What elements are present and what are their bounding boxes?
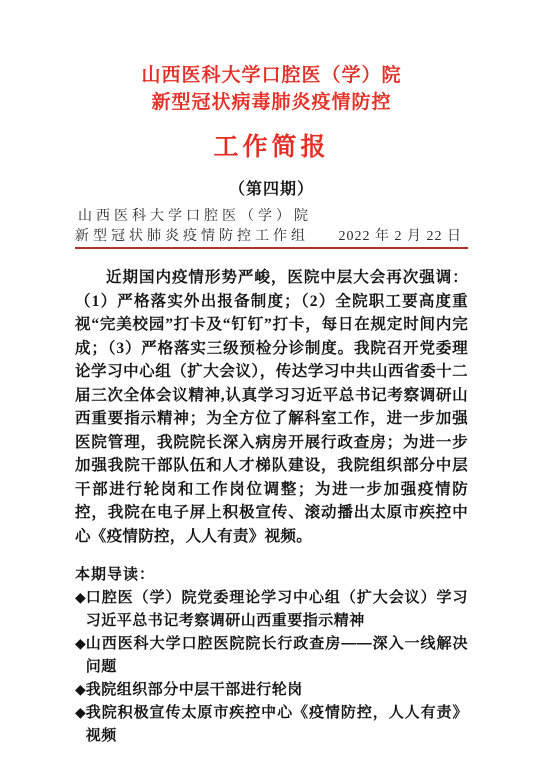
issue-date: 2022 年 2 月 22 日 <box>339 227 469 247</box>
digest-section: 本期导读： ◆ 口腔医（学）院党委理论学习中心组（扩大会议）学习习近平总书记考察… <box>75 563 468 747</box>
doc-title: 工作简报 <box>75 133 468 161</box>
document-body: 近期国内疫情形势严峻，医院中层大会再次强调：（1）严格落实外出报备制度；（2）全… <box>75 266 468 747</box>
digest-heading: 本期导读： <box>75 563 468 586</box>
digest-item-text: 口腔医（学）院党委理论学习中心组（扩大会议）学习习近平总书记考察调研山西重要指示… <box>86 586 468 632</box>
issuer-block: 山西医科大学口腔医（学）院 新型冠状肺炎疫情防控工作组 2022 年 2 月 2… <box>75 207 468 249</box>
document-header: 山西医科大学口腔医（学）院 新型冠状病毒肺炎疫情防控 工作简报 （第四期） 山西… <box>75 62 468 249</box>
diamond-bullet-icon: ◆ <box>75 632 86 655</box>
issuer-name-line2: 新型冠状肺炎疫情防控工作组 <box>75 227 309 247</box>
org-title-line1: 山西医科大学口腔医（学）院 <box>75 62 468 89</box>
digest-item-text: 山西医科大学口腔医院院长行政查房——深入一线解决问题 <box>86 632 468 678</box>
diamond-bullet-icon: ◆ <box>75 586 86 609</box>
org-title: 山西医科大学口腔医（学）院 新型冠状病毒肺炎疫情防控 <box>75 62 468 116</box>
digest-item-text: 我院组织部分中层干部进行轮岗 <box>86 678 468 701</box>
document-page: 山西医科大学口腔医（学）院 新型冠状病毒肺炎疫情防控 工作简报 （第四期） 山西… <box>0 0 543 768</box>
summary-paragraph: 近期国内疫情形势严峻，医院中层大会再次强调：（1）严格落实外出报备制度；（2）全… <box>75 266 468 548</box>
issue-number: （第四期） <box>75 181 468 199</box>
digest-item-3: ◆ 我院组织部分中层干部进行轮岗 <box>75 678 468 701</box>
issuer-date-row: 新型冠状肺炎疫情防控工作组 2022 年 2 月 22 日 <box>75 227 468 249</box>
digest-item-1: ◆ 口腔医（学）院党委理论学习中心组（扩大会议）学习习近平总书记考察调研山西重要… <box>75 586 468 632</box>
diamond-bullet-icon: ◆ <box>75 678 86 701</box>
org-title-line2: 新型冠状病毒肺炎疫情防控 <box>75 89 468 116</box>
issuer-name-line1: 山西医科大学口腔医（学）院 <box>75 207 468 227</box>
digest-item-2: ◆ 山西医科大学口腔医院院长行政查房——深入一线解决问题 <box>75 632 468 678</box>
page-number: 1 <box>0 704 543 716</box>
